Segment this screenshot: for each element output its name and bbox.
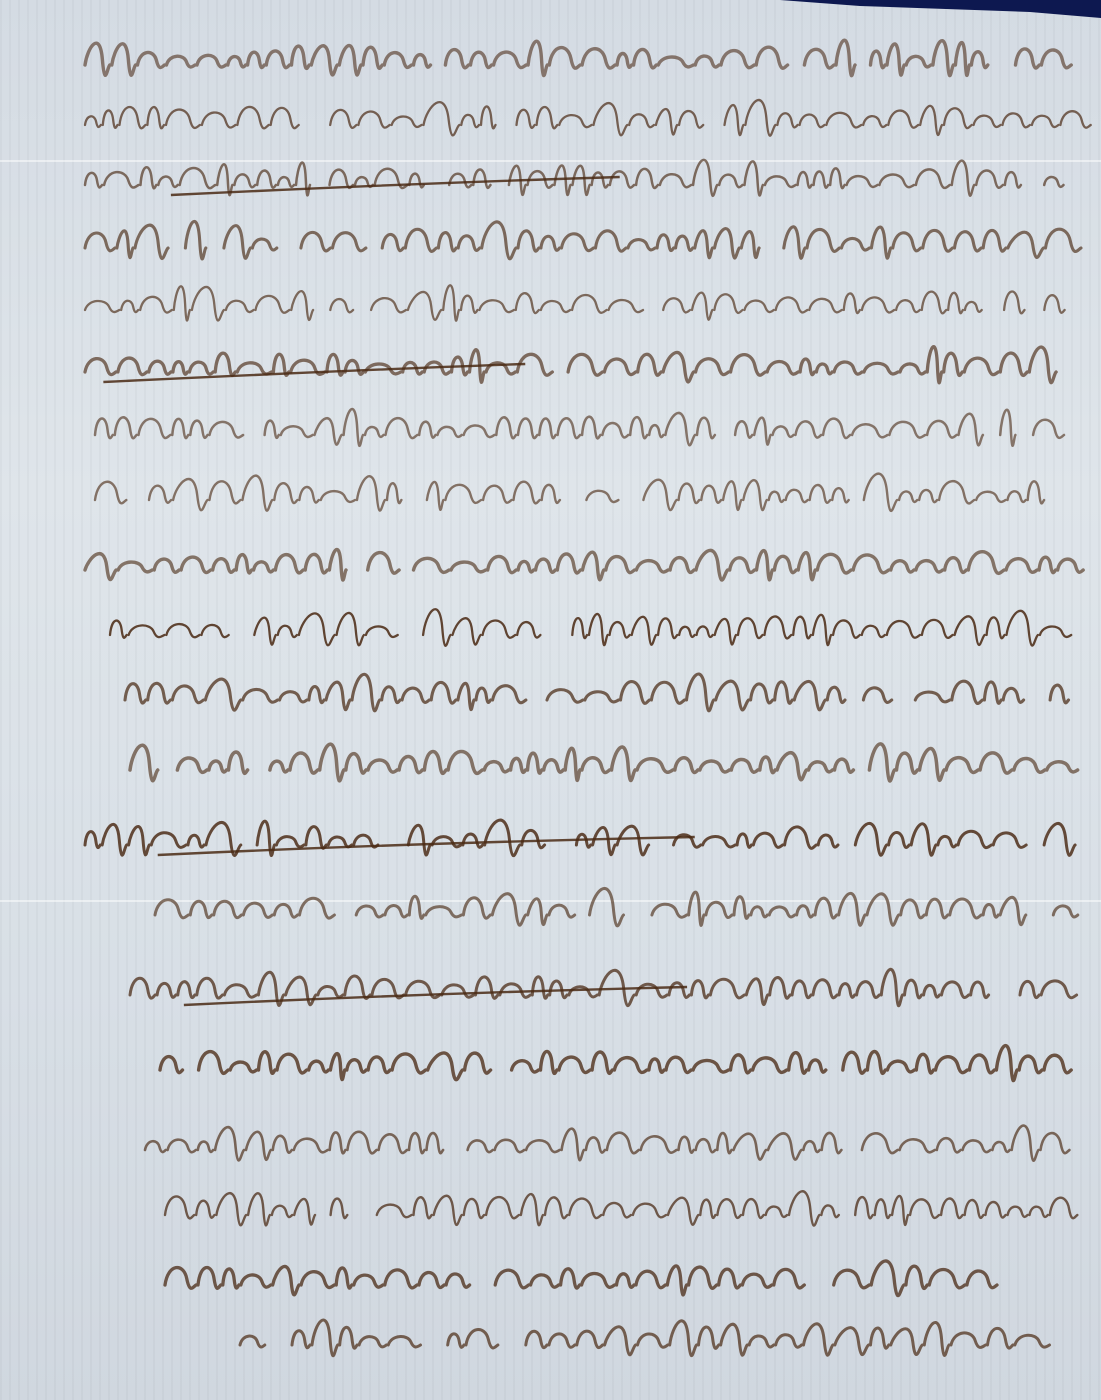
manuscript-line <box>0 655 1101 735</box>
manuscript-line <box>0 800 1101 880</box>
manuscript-line <box>0 870 1101 950</box>
manuscript-line <box>0 725 1101 805</box>
manuscript-page: Handwritten manuscript page in historica… <box>0 0 1101 1400</box>
manuscript-line <box>0 950 1101 1030</box>
manuscript-line <box>0 1025 1101 1105</box>
manuscript-line <box>0 1170 1101 1250</box>
manuscript-line <box>0 1300 1101 1380</box>
manuscript-line <box>0 455 1101 535</box>
